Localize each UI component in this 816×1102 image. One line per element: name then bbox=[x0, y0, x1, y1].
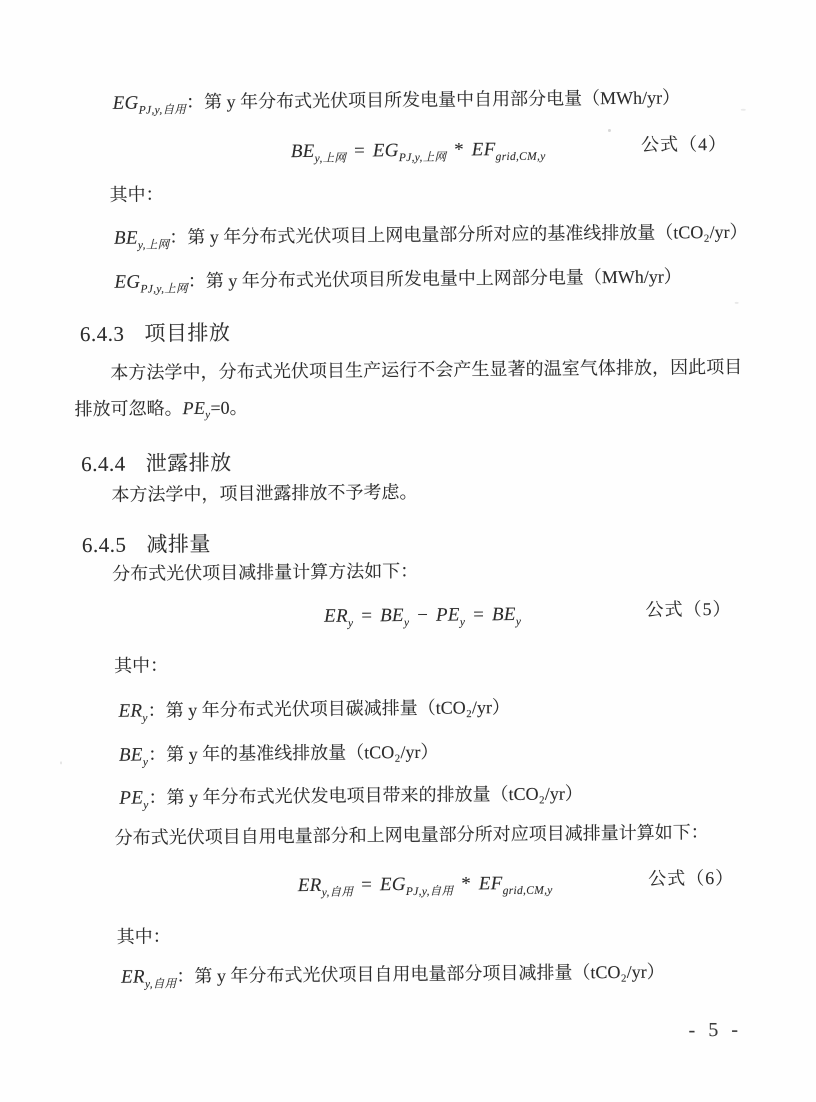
formula-subscript: grid,CM,y bbox=[496, 151, 546, 163]
equals-operator: = bbox=[361, 605, 372, 626]
body-text: =0。 bbox=[210, 398, 247, 418]
definition-text: ：第 y 年分布式光伏发电项目带来的排放量（tCO₂/yr） bbox=[148, 783, 582, 807]
definition-pe-y: PEy：第 y 年分布式光伏发电项目带来的排放量（tCO₂/yr） bbox=[119, 781, 583, 818]
section-6-4-3-heading: 6.4.3项目排放 bbox=[80, 319, 231, 348]
section-6-4-4-heading: 6.4.4泄露排放 bbox=[81, 449, 232, 478]
definition-be-y: BEy：第 y 年的基准线排放量（tCO₂/yr） bbox=[119, 740, 439, 776]
definition-er-self-use: ERy,自用：第 y 年分布式光伏项目自用电量部分项目减排量（tCO₂/yr） bbox=[121, 960, 665, 998]
scan-speck bbox=[741, 109, 746, 111]
section-title: 减排量 bbox=[146, 532, 211, 557]
multiply-operator: * bbox=[454, 139, 464, 160]
body-text: 分布式光伏项目减排量计算方法如下： bbox=[112, 561, 418, 584]
section-title: 项目排放 bbox=[144, 321, 230, 346]
formula-subscript: y bbox=[348, 618, 354, 630]
formula-term: EG bbox=[373, 140, 399, 161]
formula-subscript: y bbox=[404, 617, 410, 629]
term-symbol: BE bbox=[119, 745, 143, 766]
formula-6-expression: ERy,自用=EGPJ,y,自用*EFgrid,CM,y bbox=[298, 870, 553, 907]
term-symbol: EG bbox=[113, 93, 139, 114]
body-text: 分布式光伏项目自用电量部分和上网电量部分所对应项目减排量计算如下： bbox=[115, 822, 709, 848]
definition-text: ：第 y 年的基准线排放量（tCO₂/yr） bbox=[148, 742, 438, 765]
minus-operator: − bbox=[417, 605, 428, 626]
formula-term: ER bbox=[324, 606, 348, 627]
formula-term: BE bbox=[380, 605, 404, 626]
section-number: 6.4.3 bbox=[80, 322, 125, 346]
definition-eg-self-use: EGPJ,y,自用：第 y 年分布式光伏项目所发电量中自用部分电量（MWh/yr… bbox=[113, 85, 681, 123]
body-text: 本方法学中，分布式光伏项目生产运行不会产生显著的温室气体排放，因此项目排放可忽略… bbox=[75, 357, 743, 419]
definition-text: ：第 y 年分布式光伏项目所发电量中上网部分电量（MWh/yr） bbox=[188, 266, 682, 291]
formula-term: EF bbox=[472, 139, 496, 160]
definition-be-grid: BEy,上网：第 y 年分布式光伏项目上网电量部分所对应的基准线排放量（tCO₂… bbox=[114, 220, 748, 259]
formula-4-label: 公式（4） bbox=[641, 130, 727, 159]
term-symbol: ER bbox=[121, 967, 145, 988]
qizhong-label: 其中： bbox=[117, 924, 171, 950]
section-title: 泄露排放 bbox=[146, 451, 232, 476]
term-symbol: EG bbox=[114, 272, 140, 293]
formula-subscript: y,上网 bbox=[315, 153, 347, 165]
definition-text: ：第 y 年分布式光伏项目自用电量部分项目减排量（tCO₂/yr） bbox=[176, 962, 664, 987]
section-number: 6.4.4 bbox=[81, 452, 126, 476]
term-subscript: PJ,y,上网 bbox=[140, 283, 188, 295]
formula-subscript: PJ,y,上网 bbox=[399, 152, 447, 164]
section-6-4-5-bridge: 分布式光伏项目自用电量部分和上网电量部分所对应项目减排量计算如下： bbox=[79, 814, 747, 856]
formula-term: PE bbox=[436, 605, 460, 626]
formula-6: ERy,自用=EGPJ,y,自用*EFgrid,CM,y 公式（6） bbox=[3, 867, 816, 910]
equals-operator: = bbox=[361, 874, 372, 895]
formula-subscript: y bbox=[460, 616, 466, 628]
formula-term: BE bbox=[291, 141, 315, 162]
formula-5: ERy=BEy−PEy=BEy 公式（5） bbox=[1, 598, 816, 641]
term-symbol: PE bbox=[119, 788, 143, 809]
formula-term: BE bbox=[492, 604, 516, 625]
definition-eg-grid: EGPJ,y,上网：第 y 年分布式光伏项目所发电量中上网部分电量（MWh/yr… bbox=[114, 264, 682, 302]
section-number: 6.4.5 bbox=[82, 533, 127, 557]
definition-text: ：第 y 年分布式光伏项目上网电量部分所对应的基准线排放量（tCO₂/yr） bbox=[169, 222, 747, 248]
section-6-4-4-body: 本方法学中，项目泄露排放不予考虑。 bbox=[75, 471, 743, 513]
scan-speck bbox=[608, 129, 611, 132]
formula-term: ER bbox=[298, 875, 322, 896]
formula-4: BEy,上网=EGPJ,y,上网*EFgrid,CM,y 公式（4） bbox=[0, 133, 812, 176]
term-symbol: BE bbox=[114, 228, 138, 249]
definition-er-y: ERy：第 y 年分布式光伏项目碳减排量（tCO₂/yr） bbox=[118, 695, 510, 732]
term-subscript: y,自用 bbox=[145, 978, 177, 990]
formula-term: EF bbox=[479, 873, 503, 894]
multiply-operator: * bbox=[461, 873, 471, 894]
formula-6-label: 公式（6） bbox=[648, 864, 734, 893]
definition-text: ：第 y 年分布式光伏项目碳减排量（tCO₂/yr） bbox=[148, 697, 510, 720]
body-text: 本方法学中，项目泄露排放不予考虑。 bbox=[111, 482, 417, 505]
formula-5-label: 公式（5） bbox=[645, 595, 731, 624]
formula-subscript: y,自用 bbox=[322, 887, 354, 899]
term-subscript: y,上网 bbox=[138, 239, 170, 251]
equals-operator: = bbox=[473, 604, 484, 625]
section-6-4-3-body: 本方法学中，分布式光伏项目生产运行不会产生显著的温室气体排放，因此项目排放可忽略… bbox=[74, 349, 743, 434]
qizhong-label: 其中： bbox=[114, 653, 168, 679]
formula-subscript: y bbox=[516, 616, 522, 628]
scan-speck bbox=[60, 761, 62, 764]
formula-term: EG bbox=[380, 874, 406, 895]
term-symbol: ER bbox=[118, 701, 142, 722]
scan-speck bbox=[735, 302, 739, 304]
qizhong-label: 其中： bbox=[109, 182, 163, 208]
page-number: - 5 - bbox=[689, 1019, 743, 1043]
document-page: EGPJ,y,自用：第 y 年分布式光伏项目所发电量中自用部分电量（MWh/yr… bbox=[0, 0, 816, 1102]
formula-subscript: PJ,y,自用 bbox=[406, 886, 454, 898]
page-content: EGPJ,y,自用：第 y 年分布式光伏项目所发电量中自用部分电量（MWh/yr… bbox=[0, 0, 816, 1102]
formula-4-expression: BEy,上网=EGPJ,y,上网*EFgrid,CM,y bbox=[291, 136, 546, 173]
pe-symbol: PE bbox=[183, 398, 206, 418]
section-6-4-5-intro: 分布式光伏项目减排量计算方法如下： bbox=[76, 550, 744, 592]
definition-text: ：第 y 年分布式光伏项目所发电量中自用部分电量（MWh/yr） bbox=[186, 87, 680, 112]
formula-subscript: grid,CM,y bbox=[503, 885, 553, 897]
term-subscript: PJ,y,自用 bbox=[139, 104, 187, 116]
equals-operator: = bbox=[354, 140, 365, 161]
formula-5-expression: ERy=BEy−PEy=BEy bbox=[324, 601, 521, 638]
